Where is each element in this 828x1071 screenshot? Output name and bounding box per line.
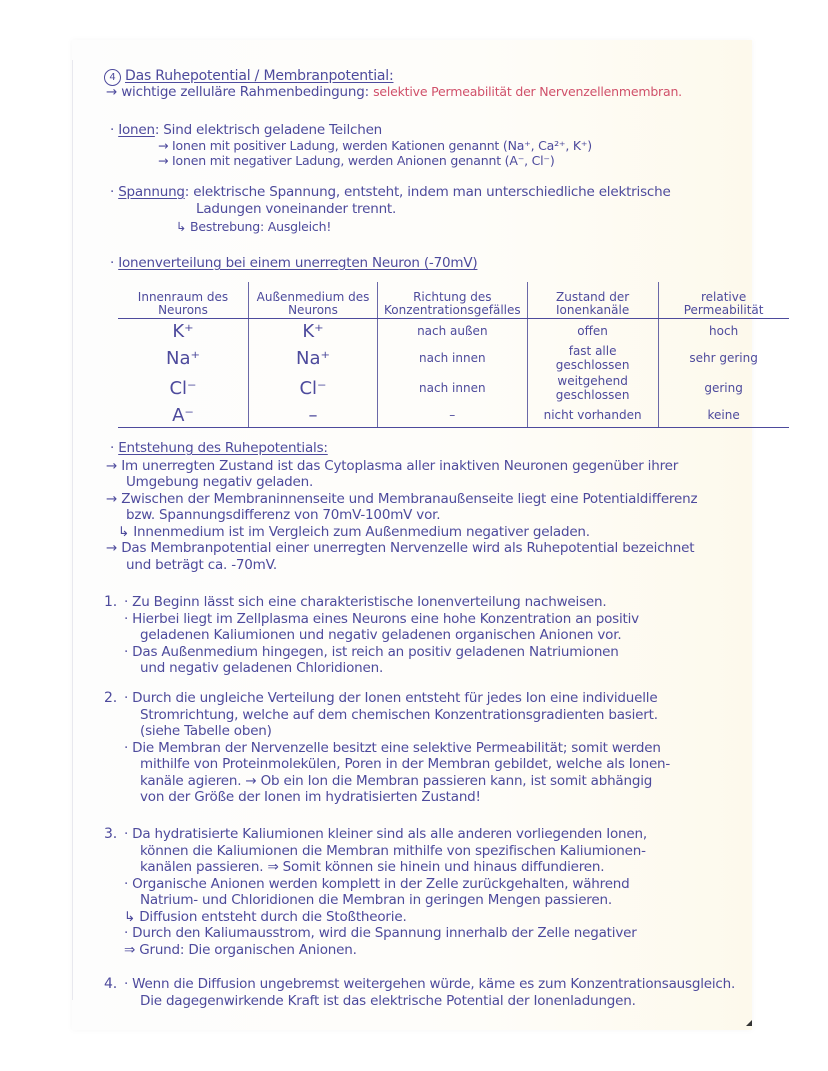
point-number: 2. (104, 690, 117, 706)
ionenverteilung-title: Ionenverteilung bei einem unerregten Neu… (118, 255, 477, 271)
page-corner-mark (746, 1020, 752, 1026)
point-line: · Die Membran der Nervenzelle besitzt ei… (124, 740, 661, 756)
table-cell: Na⁺ (249, 343, 378, 373)
point-line: von der Größe der Ionen im hydratisierte… (140, 789, 481, 805)
table-cell: – (249, 403, 378, 428)
point-line: · Da hydratisierte Kaliumionen kleiner s… (124, 826, 647, 842)
entstehung-line: bzw. Spannungsdifferenz von 70mV-100mV v… (126, 507, 440, 523)
column-header: relative Permeabilität (658, 282, 789, 319)
entstehung-title: Entstehung des Ruhepotentials: (118, 440, 328, 456)
point-number: 3. (104, 826, 117, 842)
entstehung-line: Umgebung negativ geladen. (126, 474, 313, 490)
table-cell: A⁻ (118, 403, 249, 428)
spannung-definition: · Spannung: elektrische Spannung, entste… (110, 184, 671, 200)
table-cell: hoch (658, 319, 789, 344)
point-number: 1. (104, 594, 117, 610)
entstehung-line: ↳ Innenmedium ist im Vergleich zum Außen… (118, 524, 590, 540)
table-cell: gering (658, 373, 789, 403)
column-header: Zustand der Ionenkanäle (527, 282, 658, 319)
column-header: Außenmedium des Neurons (249, 282, 378, 319)
table-body: K⁺K⁺nach außenoffenhochNa⁺Na⁺nach innenf… (118, 319, 789, 428)
ionenverteilung-heading: · Ionenverteilung bei einem unerregten N… (110, 255, 477, 271)
point-line: · Das Außenmedium hingegen, ist reich an… (124, 644, 619, 660)
spannung-note: ↳ Bestrebung: Ausgleich! (176, 219, 331, 235)
point-line: ⇒ Grund: Die organischen Anionen. (124, 942, 357, 958)
entstehung-line: → Zwischen der Membraninnenseite und Mem… (106, 491, 697, 507)
table-cell: Cl⁻ (118, 373, 249, 403)
table-cell: Na⁺ (118, 343, 249, 373)
ionen-item: → Ionen mit negativer Ladung, werden Ani… (158, 153, 555, 169)
point-line: (siehe Tabelle oben) (140, 723, 272, 739)
point-line: · Durch die ungleiche Verteilung der Ion… (124, 690, 657, 706)
point-line: · Zu Beginn lässt sich eine charakterist… (124, 594, 606, 610)
point-line: ↳ Diffusion entsteht durch die Stoßtheor… (124, 909, 407, 925)
spannung-text: : elektrische Spannung, entsteht, indem … (185, 184, 671, 200)
table-cell: nach innen (378, 373, 528, 403)
spannung-text: Ladungen voneinander trennt. (196, 201, 396, 217)
ionen-item: → Ionen mit positiver Ladung, werden Kat… (158, 138, 592, 154)
point-line: · Organische Anionen werden komplett in … (124, 876, 630, 892)
point-line: · Durch den Kaliumausstrom, wird die Spa… (124, 925, 637, 941)
point-line: und negativ geladenen Chloridionen. (140, 660, 383, 676)
table-cell: K⁺ (118, 319, 249, 344)
table-cell: nach innen (378, 343, 528, 373)
subtitle-prefix: → wichtige zelluläre Rahmenbedingung: (106, 84, 369, 100)
table-cell: nicht vorhanden (527, 403, 658, 428)
entstehung-line: → Das Membranpotential einer unerregten … (106, 540, 694, 556)
table-row: A⁻––nicht vorhandenkeine (118, 403, 789, 428)
table-cell: Cl⁻ (249, 373, 378, 403)
entstehung-heading: · Entstehung des Ruhepotentials: (110, 440, 328, 456)
table-cell: nach außen (378, 319, 528, 344)
point-line: Stromrichtung, welche auf dem chemischen… (140, 707, 658, 723)
point-line: · Hierbei liegt im Zellplasma eines Neur… (124, 611, 639, 627)
subtitle: → wichtige zelluläre Rahmenbedingung: se… (106, 84, 682, 100)
section-title: Das Ruhepotential / Membranpotential: (125, 68, 393, 84)
table-cell: fast alle geschlossen (527, 343, 658, 373)
entstehung-line: → Im unerregten Zustand ist das Cytoplas… (106, 458, 678, 474)
point-line: Die dagegenwirkende Kraft ist das elektr… (140, 993, 636, 1009)
table-row: K⁺K⁺nach außenoffenhoch (118, 319, 789, 344)
ionen-text: : Sind elektrisch geladene Teilchen (155, 122, 382, 138)
table-row: Cl⁻Cl⁻nach innenweitgehend geschlossenge… (118, 373, 789, 403)
column-header: Innenraum des Neurons (118, 282, 249, 319)
point-number: 4. (104, 976, 117, 992)
column-header: Richtung des Konzentrationsgefälles (378, 282, 528, 319)
table-cell: – (378, 403, 528, 428)
point-line: Natrium- und Chloridionen die Membran in… (140, 892, 612, 908)
ionen-label: Ionen (118, 122, 155, 138)
entstehung-line: und beträgt ca. -70mV. (126, 557, 277, 573)
point-line: kanälen passieren. ⇒ Somit können sie hi… (140, 859, 604, 875)
ionen-definition: · Ionen: Sind elektrisch geladene Teilch… (110, 122, 382, 138)
table-cell: K⁺ (249, 319, 378, 344)
table-cell: sehr gering (658, 343, 789, 373)
table-cell: keine (658, 403, 789, 428)
page-edge (72, 60, 73, 1000)
point-line: kanäle agieren. → Ob ein Ion die Membran… (140, 773, 652, 789)
point-line: mithilfe von Proteinmolekülen, Poren in … (140, 756, 670, 772)
table-header-row: Innenraum des NeuronsAußenmedium des Neu… (118, 282, 789, 319)
table-cell: offen (527, 319, 658, 344)
table-row: Na⁺Na⁺nach innenfast alle geschlossenseh… (118, 343, 789, 373)
point-line: geladenen Kaliumionen und negativ gelade… (140, 627, 621, 643)
subtitle-highlight: selektive Permeabilität der Nervenzellen… (373, 84, 682, 99)
spannung-label: Spannung (118, 184, 185, 200)
point-line: können die Kaliumionen die Membran mithi… (140, 843, 646, 859)
table-cell: weitgehend geschlossen (527, 373, 658, 403)
ion-distribution-table: Innenraum des NeuronsAußenmedium des Neu… (118, 282, 789, 428)
point-line: · Wenn die Diffusion ungebremst weiterge… (124, 976, 735, 992)
